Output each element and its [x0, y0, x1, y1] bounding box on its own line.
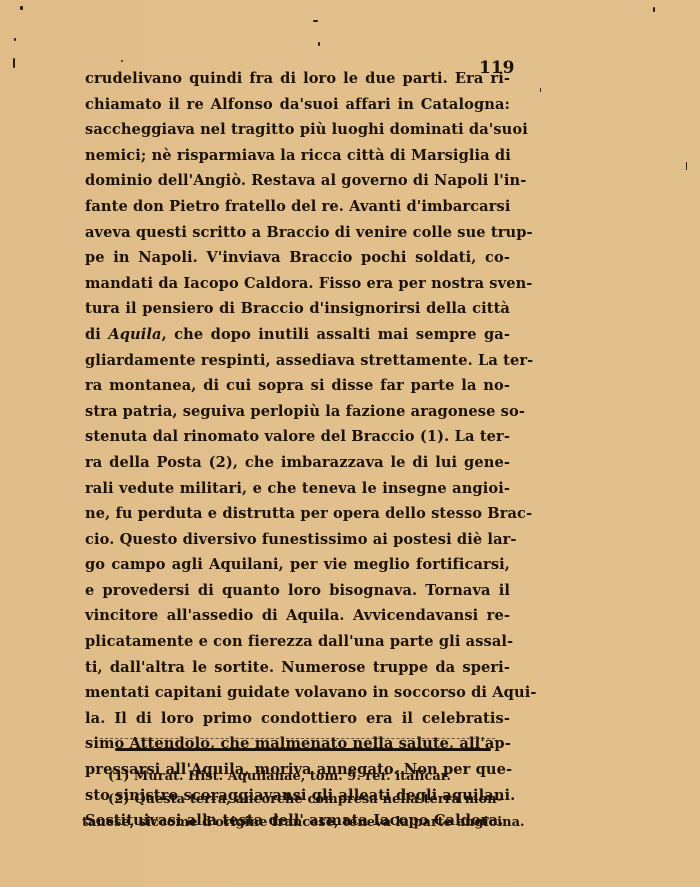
- footnote-1: (1) Murat. Hist. Aquilanae, tom. 9. rer.…: [82, 765, 502, 788]
- text-line: saccheggiava nel tragitto più luoghi dom…: [85, 117, 510, 143]
- italic-place-name: Aquila: [108, 326, 161, 343]
- footnote-2: (2) Questa terra, ancorchè compresa nell…: [82, 788, 502, 811]
- text-line: ra montanea, di cui sopra si disse far p…: [85, 373, 510, 399]
- scanned-book-page: 119 crudelivano quindi fra di loro le du…: [0, 0, 700, 887]
- text-line: stra patria, seguiva perlopiù la fazione…: [85, 399, 510, 425]
- scan-speck: [13, 58, 15, 68]
- scan-speck: [318, 42, 320, 46]
- text-line: nemici; nè risparmiava la ricca città di…: [85, 143, 510, 169]
- text-line: crudelivano quindi fra di loro le due pa…: [85, 66, 510, 92]
- footnote-2-continuation: tanese, siccome d'origine francese, tene…: [82, 811, 502, 834]
- text-line: aveva questi scritto a Braccio di venire…: [85, 220, 510, 246]
- text-fragment: di: [85, 326, 108, 343]
- text-line: plicatamente e con fierezza dall'una par…: [85, 629, 510, 655]
- text-line: e provedersi di quanto loro bisognava. T…: [85, 578, 510, 604]
- body-text: crudelivano quindi fra di loro le due pa…: [85, 66, 510, 834]
- text-line: vincitore all'assedio di Aquila. Avvicen…: [85, 603, 510, 629]
- text-line: di Aquila, che dopo inutili assalti mai …: [85, 322, 510, 348]
- footnote-text: Questa terra, ancorchè compresa nella te…: [134, 792, 502, 807]
- text-line: ne, fu perduta e distrutta per opera del…: [85, 501, 510, 527]
- text-line: ra della Posta (2), che imbarazzava le d…: [85, 450, 510, 476]
- footnotes: (1) Murat. Hist. Aquilanae, tom. 9. rer.…: [82, 765, 502, 834]
- text-line: simo Attendolo, che malmenato nella salu…: [85, 731, 510, 757]
- scan-speck: [313, 20, 318, 22]
- text-line: ti, dall'altra le sortite. Numerose trup…: [85, 655, 510, 681]
- footnote-marker: (2): [108, 792, 129, 807]
- text-line: chiamato il re Alfonso da'suoi affari in…: [85, 92, 510, 118]
- footnote-text: Murat. Hist. Aquilanae, tom. 9. rer. ita…: [134, 769, 451, 784]
- text-line: stenuta dal rinomato valore del Braccio …: [85, 424, 510, 450]
- scan-speck: [14, 38, 16, 41]
- text-fragment: , che dopo inutili assalti mai sempre ga…: [162, 326, 510, 343]
- footnote-marker: (1): [108, 769, 129, 784]
- scan-speck: [121, 60, 123, 62]
- text-line: la. Il di loro primo condottiero era il …: [85, 706, 510, 732]
- text-line: gliardamente respinti, assediava stretta…: [85, 348, 510, 374]
- text-line: go campo agli Aquilani, per vie meglio f…: [85, 552, 510, 578]
- scan-speck: [540, 88, 541, 92]
- text-line: mentati capitani guidate volavano in soc…: [85, 680, 510, 706]
- text-line: pe in Napoli. V'inviava Braccio pochi so…: [85, 245, 510, 271]
- scan-speck: [20, 6, 23, 10]
- footnote-separator-dotted: [100, 738, 495, 739]
- footnote-separator-rule: [115, 748, 491, 751]
- scan-speck: [653, 7, 655, 12]
- text-line: mandati da Iacopo Caldora. Fisso era per…: [85, 271, 510, 297]
- text-line: fante don Pietro fratello del re. Avanti…: [85, 194, 510, 220]
- text-line: rali vedute militari, e che teneva le in…: [85, 476, 510, 502]
- text-line: cio. Questo diversivo funestissimo ai po…: [85, 527, 510, 553]
- text-line: tura il pensiero di Braccio d'insignorir…: [85, 296, 510, 322]
- scan-speck: [686, 162, 687, 170]
- text-line: dominio dell'Angiò. Restava al governo d…: [85, 168, 510, 194]
